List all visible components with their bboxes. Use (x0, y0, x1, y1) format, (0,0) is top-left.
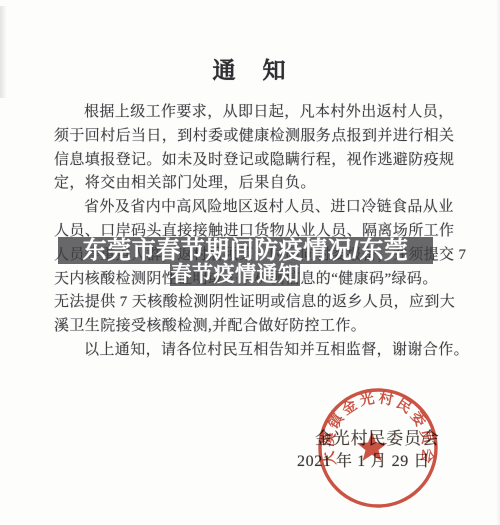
body-line: 人员等重点人群，返村后须第一时间向村委报备，并须提交 7 (54, 244, 466, 268)
body-line: 以上通知，请各位村民互相告知并互相监督，谢谢合作。 (54, 339, 466, 363)
body-line: 无法提供 7 天核酸检测阴性证明或信息的返乡人员，应到大 (54, 291, 466, 315)
notice-body: 根据上级工作要求，从即日起，凡本村外出返村人员， 须于回村后当日，到村委或健康检… (54, 101, 466, 363)
body-line: 人员、口岸码头直接接触进口货物从业人员、隔离场所工作 (54, 220, 466, 244)
body-line: 溪卫生院接受核酸检测,并配合做好防控工作。 (54, 315, 466, 339)
body-line: 信息填报登记。如未及时登记或隐瞒行程，视作逃避防疫规 (54, 149, 466, 173)
notice-photo: 通 知 根据上级工作要求，从即日起，凡本村外出返村人员， 须于回村后当日，到村委… (0, 0, 500, 525)
body-line: 天内核酸检测阴性证明或核酸检测信息的“健康码”绿码。 (54, 268, 466, 292)
body-line: 须于回村后当日，到村委或健康检测服务点报到并进行相关 (54, 125, 466, 149)
seal-star-icon (357, 432, 387, 461)
official-seal: 大溪镇金光村民委员会 (316, 386, 440, 510)
body-line: 根据上级工作要求，从即日起，凡本村外出返村人员， (54, 101, 466, 125)
notice-title: 通 知 (0, 52, 500, 85)
body-line: 省外及省内中高风险地区返村人员、进口冷链食品从业 (54, 196, 466, 220)
body-line: 定，将交由相关部门处理，后果自负。 (54, 172, 466, 196)
